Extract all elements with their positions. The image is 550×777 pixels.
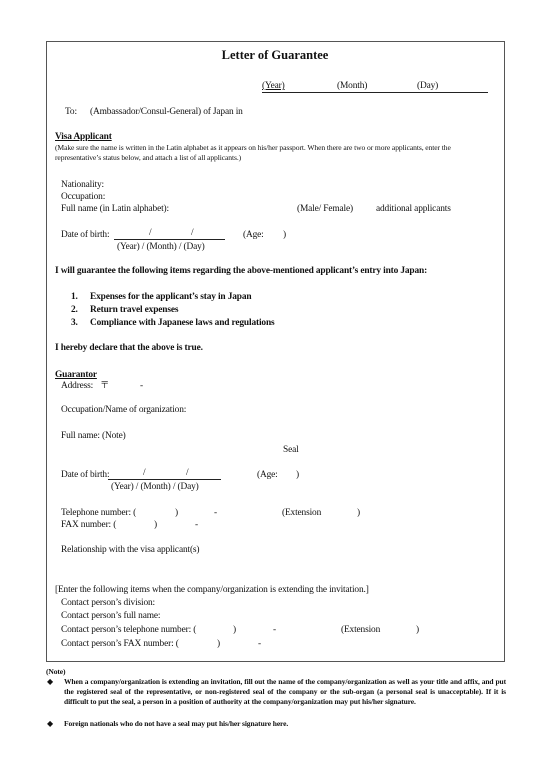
visa-applicant-instructions-2: representative’s status below, and attac… [55,153,241,163]
visa-applicant-instructions-1: (Make sure the name is written in the La… [55,143,451,153]
guarantee-item: Expenses for the applicant’s stay in Jap… [90,292,251,303]
guarantor-fax-label: FAX number: ( [61,520,116,531]
telephone-paren: ) [175,508,178,519]
date-underline[interactable] [262,92,488,93]
guarantor-age-label: (Age: [257,470,278,481]
contact-fax-dash: - [258,639,261,650]
seal-label: Seal [283,445,299,456]
diamond-bullet-icon: ◆ [47,719,53,729]
dob-slash: / [149,228,151,239]
contact-division-label: Contact person’s division: [61,598,155,609]
applicant-age-close: ) [283,230,286,241]
applicant-dob-label: Date of birth: [61,230,109,241]
nationality-label: Nationality: [61,180,104,191]
guarantor-telephone-label: Telephone number: ( [61,508,136,519]
guarantor-dob-label: Date of birth: [61,470,109,481]
applicant-occupation-label: Occupation: [61,192,105,203]
document-title: Letter of Guarantee [0,50,550,61]
applicant-dob-field[interactable] [114,239,225,240]
contact-fax-paren: ) [217,639,220,650]
visa-applicant-heading: Visa Applicant [55,132,112,143]
contact-extension-label: (Extension [341,625,380,636]
guarantee-statement: I will guarantee the following items reg… [55,266,427,277]
extension-close: ) [357,508,360,519]
guarantor-occupation-label: Occupation/Name of organization: [61,405,186,416]
fax-dash: - [195,520,198,531]
guarantee-item: Compliance with Japanese laws and regula… [90,318,275,329]
date-month-label: (Month) [337,81,367,92]
telephone-dash: - [214,508,217,519]
dob-slash: / [191,228,193,239]
guarantor-extension-label: (Extension [282,508,321,519]
dob-slash: / [143,468,145,479]
date-day-label: (Day) [417,81,438,92]
guarantor-age-close: ) [296,470,299,481]
applicant-full-name-label: Full name (in Latin alphabet): [61,204,169,215]
to-label: To: [65,107,77,118]
contact-full-name-label: Contact person’s full name: [61,611,160,622]
guarantor-heading: Guarantor [55,370,97,381]
postal-mark-icon: 〒 [100,381,109,392]
note-heading: (Note) [46,666,65,677]
date-year-label: (Year) [262,81,285,92]
organization-instruction: [Enter the following items when the comp… [55,585,369,596]
relationship-label: Relationship with the visa applicant(s) [61,545,199,556]
applicant-age-label: (Age: [243,230,264,241]
fax-paren: ) [154,520,157,531]
guarantor-address-label: Address: [61,381,93,392]
contact-telephone-paren: ) [233,625,236,636]
sex-selector[interactable]: (Male/ Female) [297,204,353,215]
additional-applicants-label: additional applicants [376,204,451,215]
contact-telephone-dash: - [273,625,276,636]
contact-extension-close: ) [416,625,419,636]
guarantor-full-name-label: Full name: (Note) [61,431,126,442]
applicant-dob-format: (Year) / (Month) / (Day) [117,242,205,253]
guarantee-item: Return travel expenses [90,305,178,316]
contact-telephone-label: Contact person’s telephone number: ( [61,625,196,636]
guarantee-item-number: 3. [71,318,78,329]
to-recipient: (Ambassador/Consul-General) of Japan in [90,107,243,118]
guarantee-item-number: 1. [71,292,78,303]
dob-slash: / [186,468,188,479]
guarantor-dob-field[interactable] [108,479,221,480]
guarantee-item-number: 2. [71,305,78,316]
diamond-bullet-icon: ◆ [47,677,53,687]
declaration: I hereby declare that the above is true. [55,343,203,354]
note-item: Foreign nationals who do not have a seal… [64,719,506,729]
contact-fax-label: Contact person’s FAX number: ( [61,639,179,650]
postal-dash: - [140,381,143,392]
note-item: When a company/organization is extending… [64,677,506,708]
guarantor-dob-format: (Year) / (Month) / (Day) [111,482,199,493]
